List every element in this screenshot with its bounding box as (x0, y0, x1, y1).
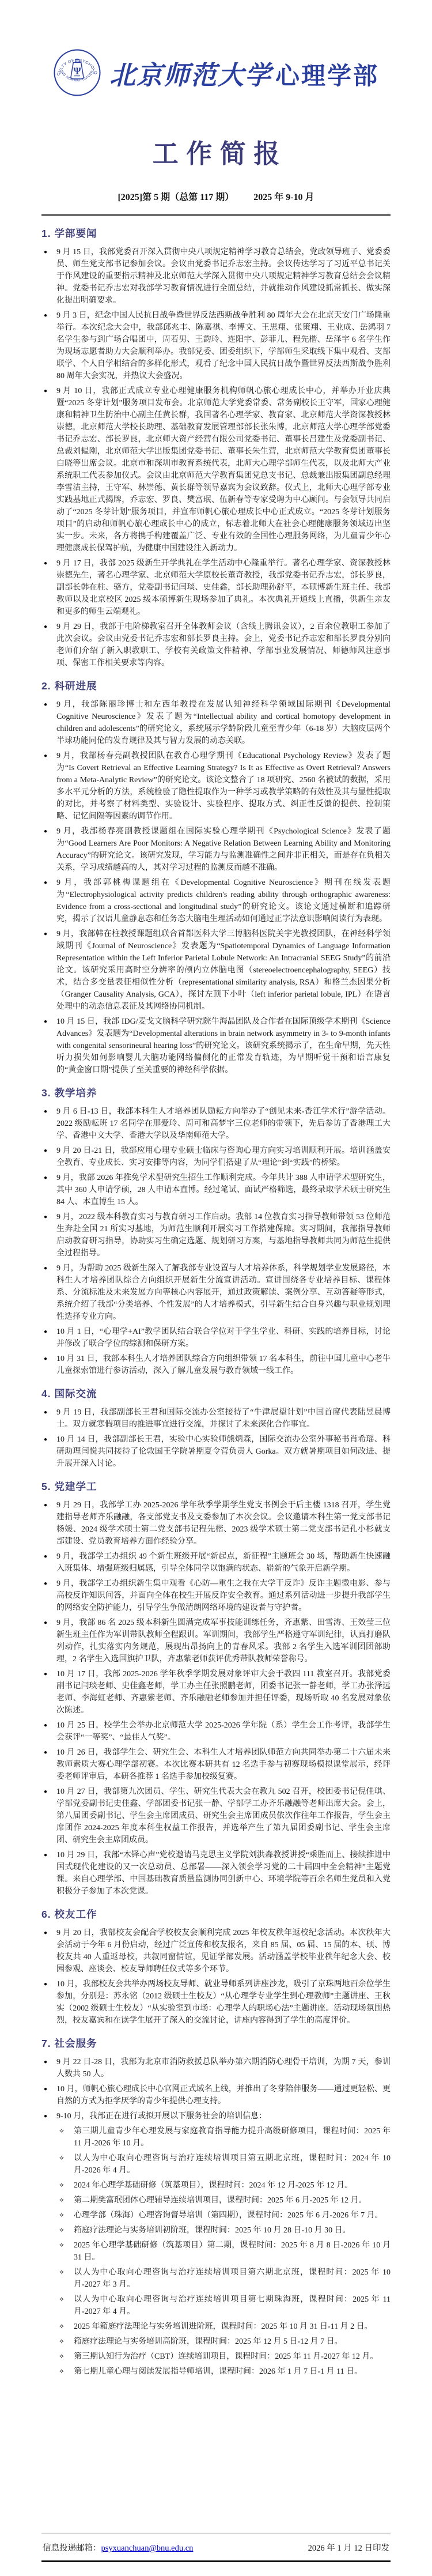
sub-bullet-text: 2025 年箱庭疗法理论与实务培训进阶班，课程时间：2025 年 10 月 31… (74, 2321, 391, 2333)
bullet-text: 9 月，2022 级本科教育实习与教育研习工作启动。我部 14 位教育实习指导教… (56, 1211, 391, 1259)
footer-mailbox: 信息投递邮箱：psyxuanchuan@bnu.edu.cn (43, 2541, 193, 2554)
diamond-marker-icon: ✧ (59, 2321, 74, 2333)
sub-bullet-text: 第三期认知行为治疗（CBT）连续培训项目，课程时间：2025 年 11 月-20… (74, 2351, 391, 2363)
bullet-item: ●9 月 20 日，我部校友会配合学校校友会顺利完成 2025 年校友秩年返校纪… (41, 1927, 391, 1975)
section-heading: 7. 社会服务 (41, 2036, 391, 2050)
bullet-item: ●9 月 19 日，我部副部长王君和国际交流办公室接待了“牛津展望计划”中国首席… (41, 1406, 391, 1431)
sub-bullet-item: ✧箱庭疗法理论与实务培训初阶班，课程时间：2025 年 10 月 28 日-10… (41, 2224, 391, 2236)
footer: 信息投递邮箱：psyxuanchuan@bnu.edu.cn 2026 年 1 … (41, 2533, 391, 2562)
sub-bullet-text: 2024 年心理学基础研修（筑基项目），课程时间：2024 年 12 月-202… (74, 2179, 391, 2192)
bullet-text: 9 月 10 日，我部正式成立专业心理健康服务机构师帆心旅心理成长中心，并举办开… (56, 385, 391, 555)
bullet-item: ●9 月，我部 2026 年推免学术型研究生招生工作顺利完成。今年共计 388 … (41, 1172, 391, 1208)
bullet-text: 9 月 3 日，纪念中国人民抗日战争暨世界反法西斯战争胜利 80 周年大会在北京… (56, 310, 391, 382)
bullet-text: 9 月 22 日-28 日，我部为北京市消防救援总队举办第六期消防心理骨干培训，… (56, 2056, 391, 2080)
bullet-marker-icon: ● (41, 1326, 56, 1350)
issue-period: 2025 年 9-10 月 (253, 190, 314, 203)
bullet-text: 10 月 1 日，“心理学+AI”教学团队结合联合学位对于学生学业、科研、实践的… (56, 1326, 391, 1350)
bullet-item: ●9 月，为帮助 2025 级新生深入了解我部专业设置与人才培养体系，科学规划学… (41, 1262, 391, 1323)
sub-bullet-item: ✧2025 年心理学基础研修（筑基项目）第二期，课程时间：2025 年 8 月 … (41, 2239, 391, 2264)
bullet-text: 9 月，我部陈丽珍博士和左西年教授在发展认知神经科学领域国际期刊《Develop… (56, 699, 391, 747)
bullet-marker-icon: ● (41, 557, 56, 618)
bullet-marker-icon: ● (41, 1106, 56, 1142)
issue-info: [2025]第 5 期（总第 117 期） (118, 190, 234, 203)
bullet-marker-icon: ● (41, 1353, 56, 1377)
bullet-marker-icon: ● (41, 750, 56, 823)
bullet-item: ●9-10 月，我部正在进行或拟开展以下服务社会的培训信息： (41, 2110, 391, 2122)
bullet-item: ●9 月 29 日，我部于电阶梯教室召开全体教师会议（含线上腾讯会议），2 百余… (41, 621, 391, 669)
section-heading: 2. 科研进展 (41, 678, 391, 693)
bullet-marker-icon: ● (41, 1262, 56, 1323)
sub-bullet-text: 箱庭疗法理论与实务培训初阶班，课程时间：2025 年 10 月 28 日-10 … (74, 2224, 391, 2236)
bullet-text: 9 月 29 日，我部学工办 2025-2026 学年秋季学期学生党支书例会于后… (56, 1499, 391, 1548)
bullet-item: ●9 月 22 日-28 日，我部为北京市消防救援总队举办第六期消防心理骨干培训… (41, 2056, 391, 2080)
bullet-marker-icon: ● (41, 1927, 56, 1975)
bullet-text: 9 月 19 日，我部副部长王君和国际交流办公室接待了“牛津展望计划”中国首席代… (56, 1406, 391, 1431)
diamond-marker-icon: ✧ (59, 2194, 74, 2207)
bullet-text: 10 月 27 日，我部第九次团员、学生、研究生代表大会在教九 502 召开，校… (56, 1786, 391, 1846)
bullet-text: 10 月，我部校友会共举办两场校友导师、就业导师系列讲座沙龙，吸引了京珠两地百余… (56, 1978, 391, 2027)
bullet-item: ●9 月 20 日-21 日，我部应用心理专业硕士临床与咨询心理方向实习培训顺利… (41, 1145, 391, 1169)
bullet-text: 9 月，我部 86 名 2025 级本科新生圆满完成军事技能训练任务，齐惠紫、田… (56, 1617, 391, 1665)
bullet-item: ●9 月，我部学工办组织新生集中观看《心防—重生之我在大学干反诈》反诈主题微电影… (41, 1578, 391, 1614)
bullet-marker-icon: ● (41, 1145, 56, 1169)
bullet-text: 9-10 月，我部正在进行或拟开展以下服务社会的培训信息： (56, 2110, 391, 2122)
sub-bullet-text: 以人为中心取向心理咨询与治疗连续培训项目第七期珠海班，课程时间：2025 年 1… (74, 2294, 391, 2318)
wordmark-bold: 心理学部 (275, 57, 379, 92)
bullet-text: 10 月 25 日，校学生会举办北京师范大学 2025-2026 学年院（系）学… (56, 1719, 391, 1744)
diamond-marker-icon: ✧ (59, 2125, 74, 2149)
diamond-marker-icon: ✧ (59, 2351, 74, 2363)
sub-bullet-item: ✧以人为中心取向心理咨询与治疗连续培训项目第六期北京班，课程时间：2025 年 … (41, 2266, 391, 2291)
bullet-item: ●9 月，我部陈丽珍博士和左西年教授在发展认知神经科学领域国际期刊《Develo… (41, 699, 391, 747)
bullet-marker-icon: ● (41, 246, 56, 307)
diamond-marker-icon: ✧ (59, 2294, 74, 2318)
bullet-marker-icon: ● (41, 825, 56, 874)
bullet-marker-icon: ● (41, 1016, 56, 1076)
sub-bullet-item: ✧第三期儿童青少年心理发展与家庭教育指导能力提升高级研修项目，课程时间：2025… (41, 2125, 391, 2149)
section-heading: 6. 校友工作 (41, 1907, 391, 1921)
bullet-marker-icon: ● (41, 2083, 56, 2107)
sub-bullet-item: ✧2025 年箱庭疗法理论与实务培训进阶班，课程时间：2025 年 10 月 3… (41, 2321, 391, 2333)
sub-bullet-item: ✧以人为中心取向心理咨询与治疗连续培训项目第七期珠海班，课程时间：2025 年 … (41, 2294, 391, 2318)
section-heading: 5. 党建学工 (41, 1479, 391, 1493)
sub-bullet-text: 2025 年心理学基础研修（筑基项目）第二期，课程时间：2025 年 8 月 8… (74, 2239, 391, 2264)
bullet-item: ●9 月，我部杨春亮副教授团队在教育心理学期刊《Educational Psyc… (41, 750, 391, 823)
sub-bullet-item: ✧2024 年心理学基础研修（筑基项目），课程时间：2024 年 12 月-20… (41, 2179, 391, 2192)
bullet-item: ●9 月，我部 86 名 2025 级本科新生圆满完成军事技能训练任务，齐惠紫、… (41, 1617, 391, 1665)
bullet-marker-icon: ● (41, 699, 56, 747)
wordmark-script: 北京师范大学 (109, 54, 272, 92)
diamond-marker-icon: ✧ (59, 2239, 74, 2264)
briefing-page: FACULTY OF PSYCHOLOGY BEIJING NORMAL UNI… (0, 0, 432, 2576)
issue-line: [2025]第 5 期（总第 117 期） 2025 年 9-10 月 (0, 190, 432, 203)
diamond-marker-icon: ✧ (59, 2224, 74, 2236)
bullet-text: 9 月，为帮助 2025 级新生深入了解我部专业设置与人才培养体系，科学规划学业… (56, 1262, 391, 1323)
bullet-text: 10 月 14 日，我部副部长王君，实验中心实验师熊炳森，国际交流办公室外事秘书… (56, 1434, 391, 1470)
bullet-text: 9 月 17 日，我部 2025 级新生开学典礼在学生活动中心隆重举行。著名心理… (56, 557, 391, 618)
bullet-marker-icon: ● (41, 2110, 56, 2122)
bullet-marker-icon: ● (41, 621, 56, 669)
bullet-marker-icon: ● (41, 928, 56, 1013)
faculty-seal-icon: FACULTY OF PSYCHOLOGY BEIJING NORMAL UNI… (53, 48, 101, 97)
bullet-item: ●9 月 6 日-13 日，我部本科生人才培养团队励耘方向举办了“创见未来-香江… (41, 1106, 391, 1142)
bullet-item: ●10 月 31 日，我部本科生人才培养团队综合方向组织带领 17 名本科生，前… (41, 1353, 391, 1377)
email-link[interactable]: psyxuanchuan@bnu.edu.cn (101, 2544, 194, 2553)
bullet-item: ●9 月 3 日，纪念中国人民抗日战争暨世界反法西斯战争胜利 80 周年大会在北… (41, 310, 391, 382)
bullet-marker-icon: ● (41, 1978, 56, 2027)
bullet-text: 9 月 15 日，我部党委召开深入贯彻中央八项规定精神学习教育总结会，党政领导班… (56, 246, 391, 307)
bullet-text: 9 月，我部韩在柱教授课题组联合首都医科大学三博脑科医院关宇光教授团队，在神经科… (56, 928, 391, 1013)
sub-bullet-item: ✧第七期儿童心理与阅读发展指导师培训，课程时间：2026 年 1 月 7 日-1… (41, 2366, 391, 2378)
diamond-marker-icon: ✧ (59, 2266, 74, 2291)
sub-bullet-item: ✧第二期樊富珉团体心理辅导连续培训项目，课程时间：2025 年 6 月-2025… (41, 2194, 391, 2207)
bullet-marker-icon: ● (41, 1578, 56, 1614)
diamond-marker-icon: ✧ (59, 2152, 74, 2177)
print-date: 2026 年 1 月 12 日印发 (308, 2541, 389, 2554)
header-logo-row: FACULTY OF PSYCHOLOGY BEIJING NORMAL UNI… (41, 48, 391, 97)
bullet-text: 10 月 17 日，我部 2025-2026 学年秋季学期发展对象评审大会于教四… (56, 1668, 391, 1717)
page-title: 工作简报 (0, 133, 432, 170)
bullet-item: ●9 月 29 日，我部学工办 2025-2026 学年秋季学期学生党支书例会于… (41, 1499, 391, 1548)
bullet-text: 10 月 15 日，我部 IDG/麦戈文脑科学研究院牛海晶团队及合作者在国际顶级… (56, 1016, 391, 1076)
sub-bullet-text: 心理学部（珠海）心理咨询督导培训（第四期），课程时间：2025 年 6 月-20… (74, 2209, 391, 2222)
section-heading: 3. 教学培养 (41, 1085, 391, 1100)
diamond-marker-icon: ✧ (59, 2366, 74, 2378)
bullet-item: ●10 月，我部校友会共举办两场校友导师、就业导师系列讲座沙龙，吸引了京珠两地百… (41, 1978, 391, 2027)
sub-bullet-item: ✧以人为中心取向心理咨询与治疗连续培训项目第五期北京班，课程时间：2024 年 … (41, 2152, 391, 2177)
bullet-marker-icon: ● (41, 2056, 56, 2080)
bullet-marker-icon: ● (41, 877, 56, 925)
sub-bullet-item: ✧第三期认知行为治疗（CBT）连续培训项目，课程时间：2025 年 11 月-2… (41, 2351, 391, 2363)
sub-bullet-item: ✧心理学部（珠海）心理咨询督导培训（第四期），课程时间：2025 年 6 月-2… (41, 2209, 391, 2222)
bullet-text: 10 月 29 日，我部“木铎心声”党校邀请马克思主义学院刘洪森教授讲授“乘胜而… (56, 1849, 391, 1898)
bullet-item: ●9 月，2022 级本科教育实习与教育研习工作启动。我部 14 位教育实习指导… (41, 1211, 391, 1259)
bullet-text: 10 月 31 日，我部本科生人才培养团队综合方向组织带领 17 名本科生，前往… (56, 1353, 391, 1377)
bullet-marker-icon: ● (41, 1499, 56, 1548)
sub-bullet-text: 第三期儿童青少年心理发展与家庭教育指导能力提升高级研修项目，课程时间：2025 … (74, 2125, 391, 2149)
bullet-item: ●10 月 27 日，我部第九次团员、学生、研究生代表大会在教九 502 召开，… (41, 1786, 391, 1846)
bullet-marker-icon: ● (41, 1668, 56, 1717)
bullet-marker-icon: ● (41, 1211, 56, 1259)
bullet-marker-icon: ● (41, 1172, 56, 1208)
bullet-text: 9 月 29 日，我部于电阶梯教室召开全体教师会议（含线上腾讯会议），2 百余位… (56, 621, 391, 669)
bullet-text: 9 月，我部学工办组织新生集中观看《心防—重生之我在大学干反诈》反诈主题微电影、… (56, 1578, 391, 1614)
diamond-marker-icon: ✧ (59, 2336, 74, 2348)
diamond-marker-icon: ✧ (59, 2179, 74, 2192)
sub-bullet-text: 第二期樊富珉团体心理辅导连续培训项目，课程时间：2025 年 6 月-2025 … (74, 2194, 391, 2207)
bullet-item: ●10 月 17 日，我部 2025-2026 学年秋季学期发展对象评审大会于教… (41, 1668, 391, 1717)
bullet-marker-icon: ● (41, 1747, 56, 1783)
seal-psi-glyph: Ψ (73, 66, 81, 77)
bullet-text: 9 月，我部 2026 年推免学术型研究生招生工作顺利完成。今年共计 388 人… (56, 1172, 391, 1208)
footer-bar: 信息投递邮箱：psyxuanchuan@bnu.edu.cn 2026 年 1 … (41, 2533, 391, 2562)
sub-bullet-item: ✧箱庭疗法理论与实务培训高阶班，课程时间：2025 年 12 月 5 日-12 … (41, 2336, 391, 2348)
bullet-text: 9 月，我部杨春亮副教授课题组在国际实验心理学期刊《Psychological … (56, 825, 391, 874)
sub-bullet-text: 第七期儿童心理与阅读发展指导师培训，课程时间：2026 年 1 月 7 日-1 … (74, 2366, 391, 2378)
svg-text:✦: ✦ (93, 72, 95, 76)
bullet-item: ●9 月 10 日，我部正式成立专业心理健康服务机构师帆心旅心理成长中心，并举办… (41, 385, 391, 555)
svg-text:✦: ✦ (59, 72, 61, 76)
bullet-marker-icon: ● (41, 1786, 56, 1846)
bullet-text: 10 月，师帆心旅心理成长中心官网正式域名上线，并推出了冬芽陪伴服务——通过更轻… (56, 2083, 391, 2107)
sub-bullet-text: 箱庭疗法理论与实务培训高阶班，课程时间：2025 年 12 月 5 日-12 月… (74, 2336, 391, 2348)
bullet-marker-icon: ● (41, 1551, 56, 1575)
section-heading: 1. 学部要闻 (41, 226, 391, 240)
bullet-item: ●10 月 1 日，“心理学+AI”教学团队结合联合学位对于学生学业、科研、实践… (41, 1326, 391, 1350)
bullet-marker-icon: ● (41, 1849, 56, 1898)
bullet-item: ●9 月，我部韩在柱教授课题组联合首都医科大学三博脑科医院关宇光教授团队，在神经… (41, 928, 391, 1013)
diamond-marker-icon: ✧ (59, 2209, 74, 2222)
bullet-text: 9 月，我部郭桃梅课题组在《Developmental Cognitive Ne… (56, 877, 391, 925)
section-heading: 4. 国际交流 (41, 1386, 391, 1401)
bullet-item: ●9 月 15 日，我部党委召开深入贯彻中央八项规定精神学习教育总结会，党政领导… (41, 246, 391, 307)
bullet-text: 9 月 6 日-13 日，我部本科生人才培养团队励耘方向举办了“创见未来-香江学… (56, 1106, 391, 1142)
bullet-item: ●10 月，师帆心旅心理成长中心官网正式域名上线，并推出了冬芽陪伴服务——通过更… (41, 2083, 391, 2107)
bullet-marker-icon: ● (41, 1434, 56, 1470)
bullet-item: ●10 月 14 日，我部副部长王君，实验中心实验师熊炳森，国际交流办公室外事秘… (41, 1434, 391, 1470)
bullet-text: 9 月，我部学工办组织 49 个新生班级开展“新起点，新征程”主题班会 30 场… (56, 1551, 391, 1575)
bullet-marker-icon: ● (41, 1617, 56, 1665)
bullet-text: 9 月 20 日，我部校友会配合学校校友会顺利完成 2025 年校友秩年返校纪念… (56, 1927, 391, 1975)
bullet-item: ●9 月 17 日，我部 2025 级新生开学典礼在学生活动中心隆重举行。著名心… (41, 557, 391, 618)
bullet-text: 9 月，我部杨春亮副教授团队在教育心理学期刊《Educational Psych… (56, 750, 391, 823)
bullet-item: ●9 月，我部学工办组织 49 个新生班级开展“新起点，新征程”主题班会 30 … (41, 1551, 391, 1575)
bullet-item: ●10 月 29 日，我部“木铎心声”党校邀请马克思主义学院刘洪森教授讲授“乘胜… (41, 1849, 391, 1898)
bullet-text: 10 月 26 日，我部学生会、研究生会、本科生人才培养团队师范方向共同举办第二… (56, 1747, 391, 1783)
bullet-item: ●10 月 15 日，我部 IDG/麦戈文脑科学研究院牛海晶团队及合作者在国际顶… (41, 1016, 391, 1076)
bullet-text: 9 月 20 日-21 日，我部应用心理专业硕士临床与咨询心理方向实习培训顺利开… (56, 1145, 391, 1169)
sub-bullet-text: 以人为中心取向心理咨询与治疗连续培训项目第五期北京班，课程时间：2024 年 1… (74, 2152, 391, 2177)
sub-bullet-text: 以人为中心取向心理咨询与治疗连续培训项目第六期北京班，课程时间：2025 年 1… (74, 2266, 391, 2291)
bullet-item: ●10 月 25 日，校学生会举办北京师范大学 2025-2026 学年院（系）… (41, 1719, 391, 1744)
bullet-marker-icon: ● (41, 385, 56, 555)
bullet-marker-icon: ● (41, 1719, 56, 1744)
bullet-marker-icon: ● (41, 310, 56, 382)
bullet-item: ●9 月，我部郭桃梅课题组在《Developmental Cognitive N… (41, 877, 391, 925)
sections: 1. 学部要闻●9 月 15 日，我部党委召开深入贯彻中央八项规定精神学习教育总… (41, 216, 391, 2378)
university-wordmark: 北京师范大学 心理学部 (109, 54, 379, 92)
mailbox-label: 信息投递邮箱： (43, 2544, 101, 2553)
bullet-marker-icon: ● (41, 1406, 56, 1431)
bullet-item: ●9 月，我部杨春亮副教授课题组在国际实验心理学期刊《Psychological… (41, 825, 391, 874)
bullet-item: ●10 月 26 日，我部学生会、研究生会、本科生人才培养团队师范方向共同举办第… (41, 1747, 391, 1783)
